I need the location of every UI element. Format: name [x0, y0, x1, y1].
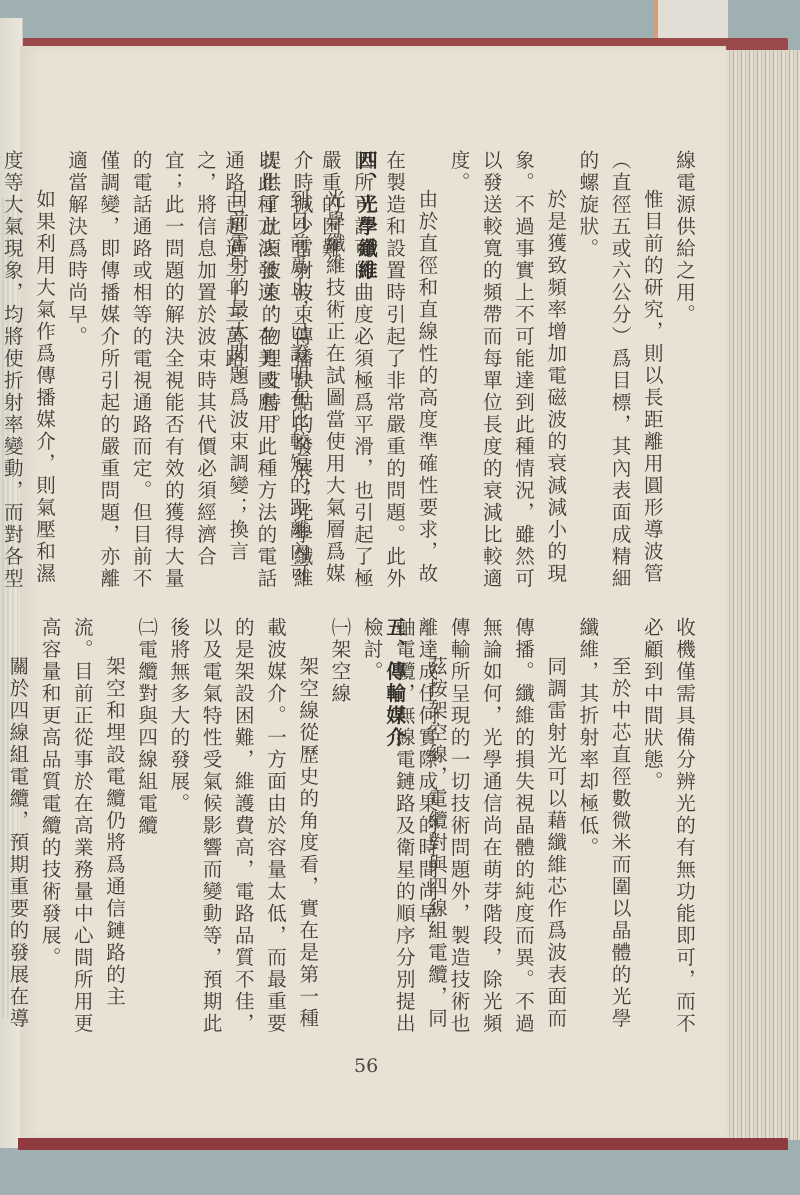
subheading-overhead-lines: ㈠架空線	[323, 617, 355, 1042]
lower-text-left: 茲按架空線，電纜對與四線組電纜，同軸電纜，無線電鏈路及衛星的順序分別提出檢討。 …	[20, 617, 452, 1042]
section-heading-4: 四、光學纖維	[350, 150, 382, 605]
paragraph: 關於四線組電纜，預期重要的發展在導線所用的材料方面，大量採用鋁及類似的金屬元素。	[0, 617, 33, 1042]
subheading-cable-pairs: ㈡電纜對與四線組電纜	[130, 617, 162, 1042]
upper-text-right: 線電源供給之用。 惟目前的研究，則以長距離用圓形導波管（直徑五或六公分）爲目標，…	[385, 150, 700, 605]
paragraph: 架空和埋設電纜仍將爲通信鏈路的主流。目前正從事於在高業務量中心間所用更高容量和更…	[33, 617, 130, 1042]
page-number: 56	[354, 1055, 378, 1077]
page-stack-edge	[726, 50, 800, 1140]
paragraph: 茲按架空線，電纜對與四線組電纜，同軸電纜，無線電鏈路及衛星的順序分別提出檢討。	[355, 617, 452, 1042]
paragraph: 至於中芯直徑數微米而圍以晶體的光學纖維，其折射率却極低。	[571, 617, 635, 1042]
lower-text-right: 收機僅需具備分辨光的有無功能即可，而不必顧到中間狀態。 至於中芯直徑數微米而圍以…	[455, 617, 700, 1042]
upper-text-left: 四、光學纖維 光學纖維技術正在試圖當使用大氣層爲媒介時減少雷射波束傳播缺點的發展…	[20, 150, 382, 605]
paragraph: 惟目前的研究，則以長距離用圓形導波管（直徑五或六公分）爲目標，其內表面成精細的螺…	[571, 150, 668, 605]
book-cover-bottom-edge	[18, 1138, 788, 1150]
paragraph: 架空線從歷史的角度看，實在是第一種載波媒介。一方面由於容量太低，而最重要的是架設…	[162, 617, 323, 1042]
paragraph: 光學纖維技術正在試圖當使用大氣層爲媒介時減少雷射波束傳播缺點的發展；光學纖維提供…	[253, 150, 350, 605]
paragraph: 線電源供給之用。	[668, 150, 700, 605]
paragraph: 如果利用大氣作爲傳播媒介，則氣壓和濕度等大氣現象，均將使折射率變動，而對各型輻射…	[0, 150, 60, 605]
paragraph: 收機僅需具備分辨光的有無功能即可，而不必顧到中間狀態。	[636, 617, 700, 1042]
paragraph: 目前雷射的最大問題爲波束調變；換言之，將信息加置於波束時其代價必須經濟合宜；此一…	[60, 150, 253, 605]
paragraph: 於是獲致頻率增加電磁波的衰減減小的現象。不過事實上不可能達到此種情況，雖然可以發…	[442, 150, 571, 605]
